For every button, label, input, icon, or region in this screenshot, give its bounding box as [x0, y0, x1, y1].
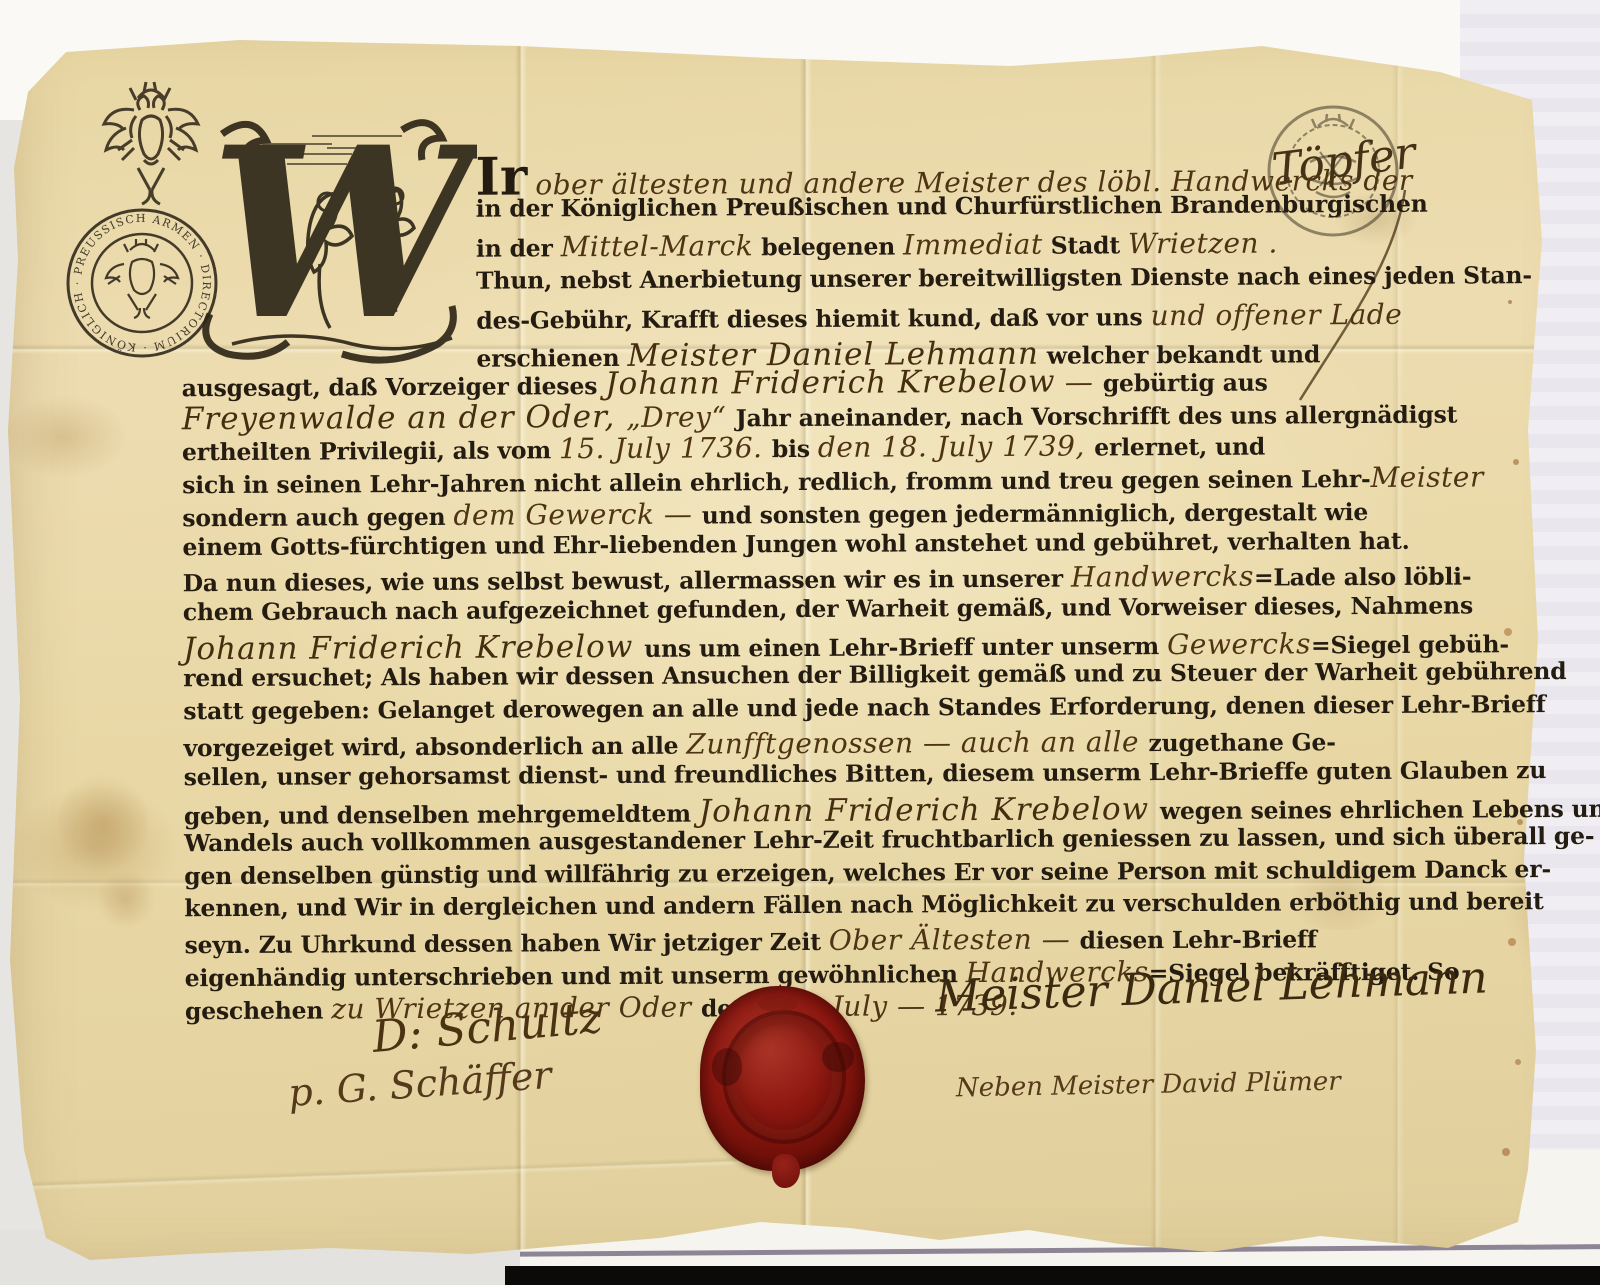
text-segment-script: Ober Ältesten — — [829, 923, 1080, 957]
red-wax-seal — [700, 986, 865, 1171]
text-segment-print: Stadt — [1043, 231, 1128, 259]
document-text-line: Freyenwalde an der Oder, „Drey“ Jahr ane… — [182, 397, 1458, 435]
document-text-line: statt gegeben: Gelanget derowegen an all… — [183, 693, 1545, 724]
text-segment-print: gen denselben günstig und willfährig zu … — [184, 855, 1551, 890]
text-segment-script: dem Gewerck — — [453, 497, 701, 531]
text-segment-print: diesen Lehr-Brieff — [1079, 926, 1316, 955]
text-segment-print: seyn. Zu Uhrkund dessen haben Wir jetzig… — [185, 928, 829, 959]
text-segment-print: ertheilten Privilegii, als vom — [182, 436, 559, 466]
document-text-line: seyn. Zu Uhrkund dessen haben Wir jetzig… — [184, 925, 1316, 959]
text-segment-script: 15. July 1736. — [559, 431, 772, 465]
wax-blob — [712, 1048, 742, 1086]
text-segment-print: und sonsten gegen jedermänniglich, derge… — [702, 498, 1368, 529]
text-segment-print: bis — [772, 435, 818, 463]
wax-blob — [822, 1042, 854, 1072]
document-text-line: chem Gebrauch nach aufgezeichnet gefunde… — [183, 595, 1473, 625]
text-segment-script: Handwercks — [1071, 560, 1254, 594]
text-segment-print: in der — [476, 234, 561, 262]
document-text-line: vorgezeiget wird, absonderlich an alle Z… — [183, 727, 1335, 761]
document-text-line: einem Gotts-fürchtigen und Ehr-liebenden… — [182, 529, 1409, 559]
text-segment-print: einem Gotts-fürchtigen und Ehr-liebenden… — [182, 526, 1409, 560]
text-segment-print: vorgezeiget wird, absonderlich an alle — [183, 731, 686, 762]
document-text-line: kennen, und Wir in dergleichen und ander… — [184, 891, 1543, 922]
text-segment-print: uns um einen Lehr-Brieff unter unserm — [644, 632, 1167, 663]
text-segment-print: geschehen — [185, 997, 331, 1026]
document-text-line: des-Gebühr, Krafft dieses hiemit kund, d… — [476, 301, 1402, 334]
document-text-line: in der Königlichen Preußischen und Churf… — [476, 193, 1428, 221]
document-text-line: Wandels auch vollkommen ausgestandener L… — [184, 824, 1594, 855]
text-segment-print: chem Gebrauch nach aufgezeichnet gefunde… — [183, 592, 1473, 627]
text-segment-script: Wrietzen . — [1128, 226, 1278, 260]
text-segment-script: Meister — [1370, 460, 1483, 494]
document-text-line: Thun, nebst Anerbietung unserer bereitwi… — [476, 264, 1532, 293]
text-segment-script: den 18. July 1739, — [818, 429, 1095, 463]
text-segment-print: geben, und denselben mehrgemeldtem — [184, 799, 699, 830]
text-segment-print: gebürtig aus — [1103, 369, 1268, 398]
text-segment-print: Thun, nebst Anerbietung unserer bereitwi… — [476, 261, 1532, 295]
text-segment-scriptbig: Johann Friderich Krebelow — [605, 364, 1055, 402]
text-segment-script: Immediat — [903, 228, 1043, 262]
document-text-line: in der Mittel-Marck belegenen Immediat S… — [476, 229, 1278, 261]
text-segment-print: =Siegel gebüh- — [1311, 630, 1509, 659]
text-segment-print: des-Gebühr, Krafft dieses hiemit kund, d… — [476, 303, 1150, 335]
document-text-line: sondern auch gegen dem Gewerck — und son… — [182, 497, 1368, 531]
text-segment-print: =Lade also löbli- — [1254, 563, 1472, 592]
text-segment-print: Jahr aneinander, nach Vorschrifft des un… — [736, 400, 1458, 432]
text-segment-print: sellen, unser gehorsamst dienst- und fre… — [184, 756, 1547, 791]
text-segment-script: „Drey“ — [626, 400, 736, 434]
document-text-line: sellen, unser gehorsamst dienst- und fre… — [184, 759, 1547, 790]
document-text-line: Da nun dieses, wie uns selbst bewust, al… — [183, 562, 1472, 597]
text-segment-print: belegenen — [753, 232, 903, 261]
text-segment-print: wegen seines ehrlichen Lebens und — [1160, 794, 1600, 824]
text-segment-script: und offener Lade — [1150, 298, 1402, 332]
text-segment-print: Da nun dieses, wie uns selbst bewust, al… — [183, 565, 1071, 598]
document-text-line: ausgesagt, daß Vorzeiger dieses Johann F… — [182, 366, 1268, 403]
wax-blob — [758, 996, 798, 1012]
document-text-line: rend ersuchet; Als haben wir dessen Ansu… — [183, 660, 1566, 691]
text-segment-print: zugethane Ge- — [1148, 728, 1336, 757]
document-text-line: ertheilten Privilegii, als vom 15. July … — [182, 431, 1265, 465]
text-segment-print: Wandels auch vollkommen ausgestandener L… — [184, 821, 1594, 856]
text-segment-print: erlernet, und — [1094, 432, 1265, 461]
text-segment-script: Gewercks — [1167, 628, 1311, 662]
text-segment-print: eigenhändig unterschrieben und mit unser… — [185, 960, 966, 992]
document-photo: · ARMEN · DIRECTORIUM · KÖNIGLICH · PREU… — [0, 0, 1600, 1285]
document-text-line: gen denselben günstig und willfährig zu … — [184, 858, 1551, 889]
text-segment-script: — — [1055, 365, 1102, 398]
text-segment-print: rend ersuchet; Als haben wir dessen Ansu… — [183, 657, 1566, 692]
text-segment-print: ausgesagt, daß Vorzeiger dieses — [182, 372, 606, 402]
text-segment-print: kennen, und Wir in dergleichen und ander… — [184, 888, 1543, 923]
text-segment-print: statt gegeben: Gelanget derowegen an all… — [183, 690, 1545, 725]
text-segment-script: Zunfftgenossen — auch an alle — [686, 725, 1148, 760]
text-segment-print: sich in seinen Lehr-Jahren nicht allein … — [182, 465, 1371, 499]
text-segment-script: Mittel-Marck — [561, 229, 754, 263]
text-segment-print: in der Königlichen Preußischen und Churf… — [476, 190, 1428, 223]
document-text-line: sich in seinen Lehr-Jahren nicht allein … — [182, 463, 1484, 498]
text-segment-print: sondern auch gegen — [182, 502, 453, 531]
